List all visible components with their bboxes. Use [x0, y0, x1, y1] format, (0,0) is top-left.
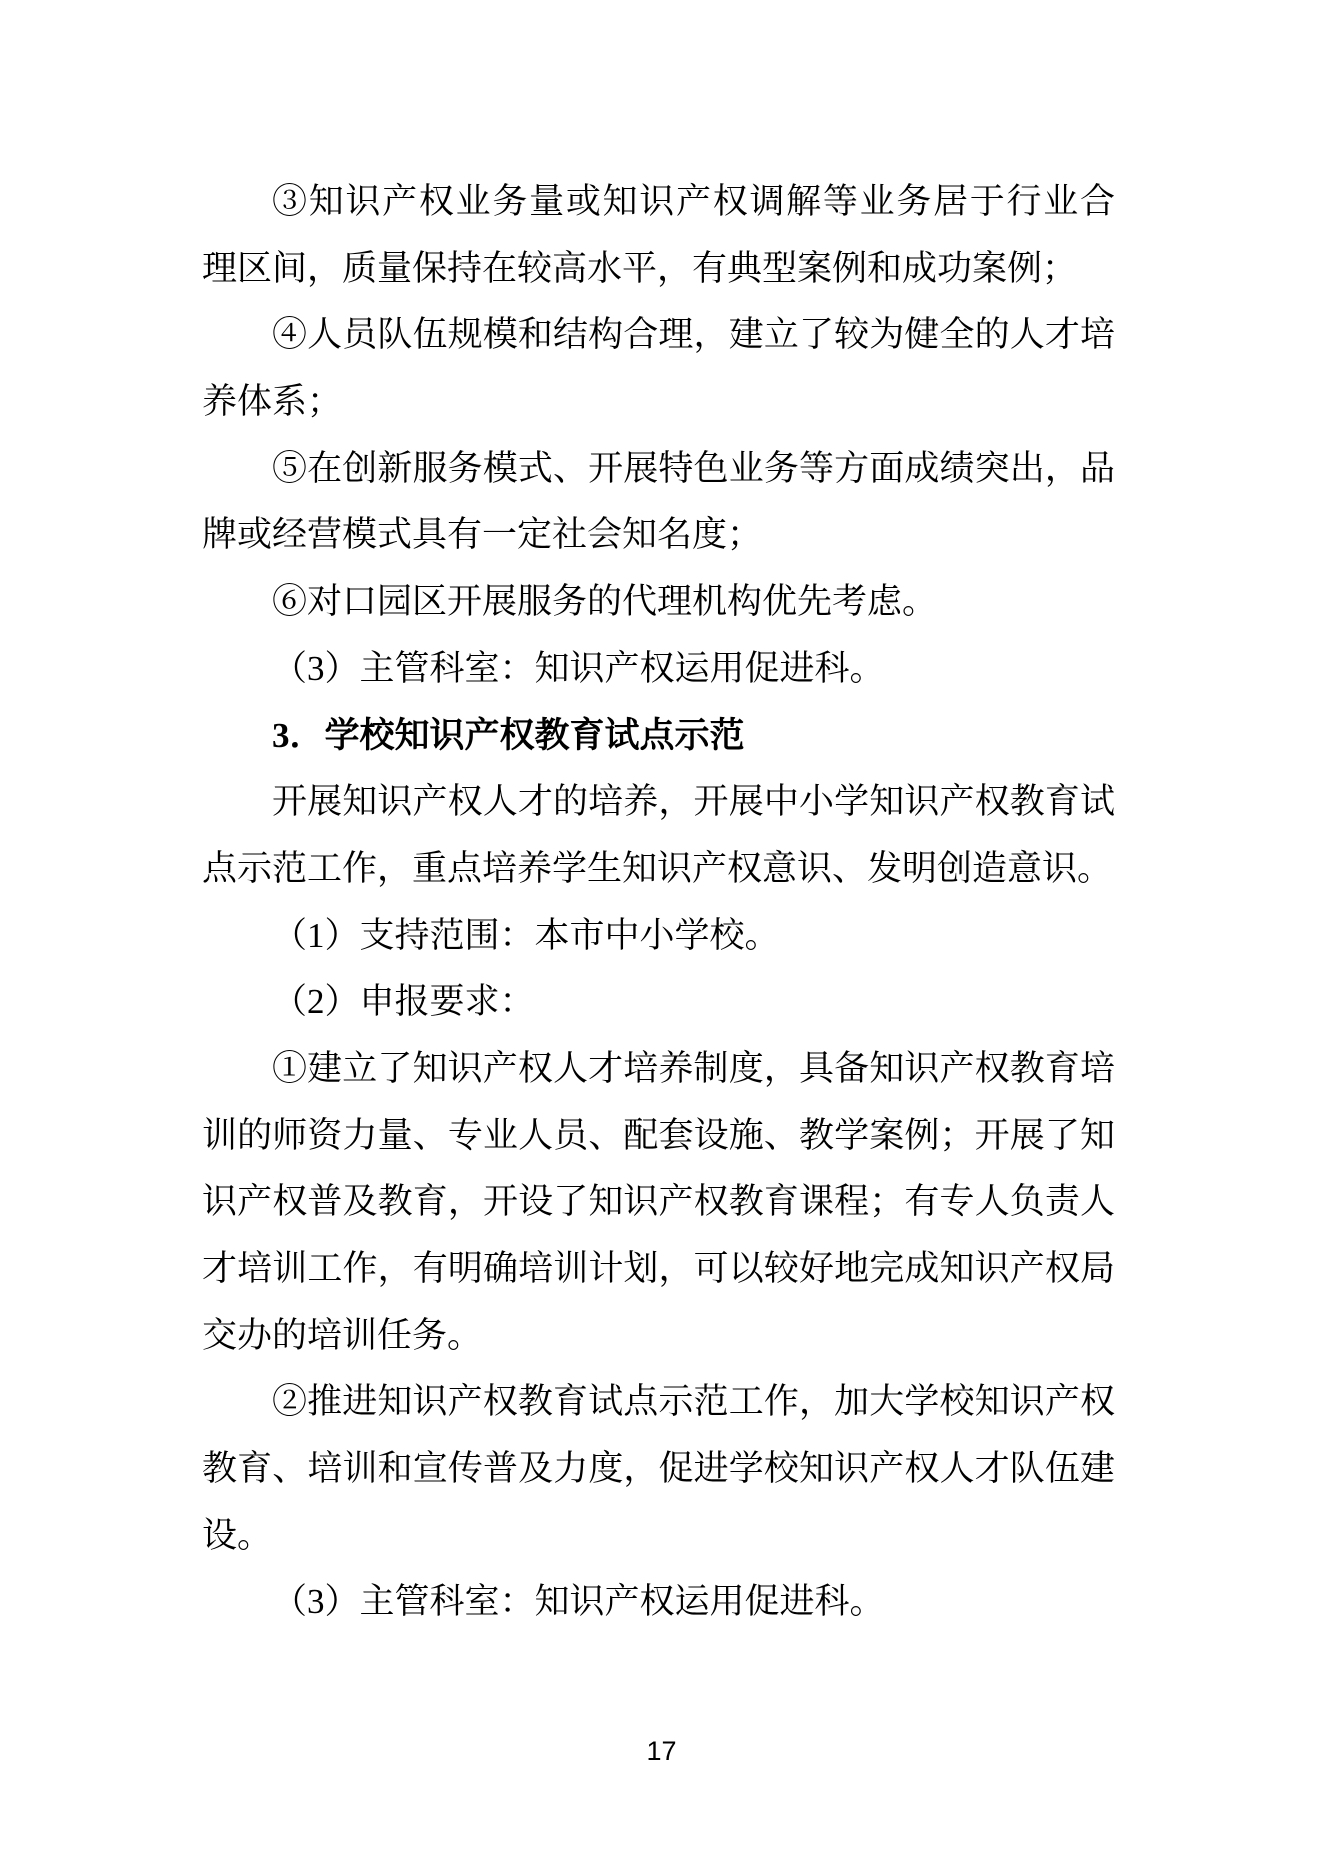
document-page: ③知识产权业务量或知识产权调解等业务居于行业合理区间，质量保持在较高水平，有典型… [0, 0, 1323, 1871]
text-line: ⑥对口园区开展服务的代理机构优先考虑。 [202, 569, 1115, 636]
text-line: ③知识产权业务量或知识产权调解等业务居于行业合 [202, 169, 1115, 236]
text-line: （1）支持范围：本市中小学校。 [202, 903, 1115, 970]
text-line: 才培训工作，有明确培训计划，可以较好地完成知识产权局 [202, 1236, 1115, 1303]
text-line: 开展知识产权人才的培养，开展中小学知识产权教育试 [202, 769, 1115, 836]
document-body: ③知识产权业务量或知识产权调解等业务居于行业合理区间，质量保持在较高水平，有典型… [202, 169, 1115, 1636]
text-line: 理区间，质量保持在较高水平，有典型案例和成功案例； [202, 236, 1115, 303]
text-line: 3．学校知识产权教育试点示范 [202, 703, 1115, 770]
text-line: （3）主管科室：知识产权运用促进科。 [202, 1569, 1115, 1636]
text-line: ①建立了知识产权人才培养制度，具备知识产权教育培 [202, 1036, 1115, 1103]
page-number: 17 [0, 1733, 1323, 1769]
text-line: 牌或经营模式具有一定社会知名度； [202, 502, 1115, 569]
text-line: ⑤在创新服务模式、开展特色业务等方面成绩突出，品 [202, 436, 1115, 503]
text-line: （3）主管科室：知识产权运用促进科。 [202, 636, 1115, 703]
text-line: （2）申报要求： [202, 969, 1115, 1036]
text-line: 设。 [202, 1503, 1115, 1570]
text-line: ④人员队伍规模和结构合理，建立了较为健全的人才培 [202, 302, 1115, 369]
text-line: 养体系； [202, 369, 1115, 436]
text-line: ②推进知识产权教育试点示范工作，加大学校知识产权 [202, 1369, 1115, 1436]
text-line: 识产权普及教育，开设了知识产权教育课程；有专人负责人 [202, 1169, 1115, 1236]
text-line: 教育、培训和宣传普及力度，促进学校知识产权人才队伍建 [202, 1436, 1115, 1503]
text-line: 交办的培训任务。 [202, 1303, 1115, 1370]
text-line: 训的师资力量、专业人员、配套设施、教学案例；开展了知 [202, 1103, 1115, 1170]
text-line: 点示范工作，重点培养学生知识产权意识、发明创造意识。 [202, 836, 1115, 903]
